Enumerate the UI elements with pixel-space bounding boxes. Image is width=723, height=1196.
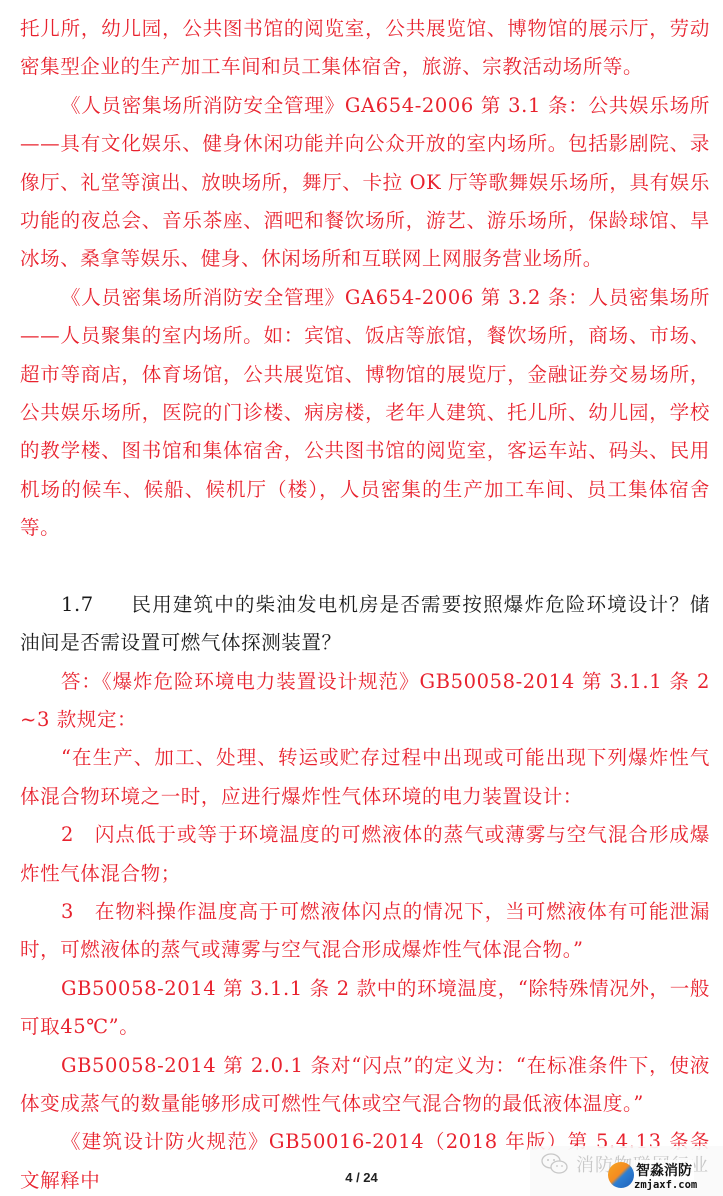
paragraph-ga654-3-1: 《人员密集场所消防安全管理》GA654-2006 第 3.1 条：公共娱乐场所—… (20, 87, 710, 279)
clause-3: 3 在物料操作温度高于可燃液体闪点的情况下，当可燃液体有可能泄漏时，可燃液体的蒸… (20, 893, 710, 970)
clause-2: 2 闪点低于或等于环境温度的可燃液体的蒸气或薄雾与空气混合形成爆炸性气体混合物； (20, 816, 710, 893)
question-1-7: 1.7民用建筑中的柴油发电机房是否需要按照爆炸危险环境设计？储油间是否需设置可燃… (20, 586, 710, 663)
question-number: 1.7 (61, 586, 131, 624)
ambient-temperature-note: GB50058-2014 第 3.1.1 条 2 款中的环境温度，“除特殊情况外… (20, 970, 710, 1047)
watermark: 消防物联网行业 智淼消防 zmjaxf.com (530, 1146, 723, 1196)
section-spacer (20, 548, 710, 586)
flash-point-definition: GB50058-2014 第 2.0.1 条对“闪点”的定义为：“在标准条件下，… (20, 1047, 710, 1124)
watermark-brand-name: 智淼消防 (634, 1160, 694, 1180)
quote-intro: “在生产、加工、处理、转运或贮存过程中出现或可能出现下列爆炸性气体混合物环境之一… (20, 739, 710, 816)
paragraph-ga654-3-2: 《人员密集场所消防安全管理》GA654-2006 第 3.2 条：人员密集场所—… (20, 279, 710, 548)
brand-logo-icon (608, 1162, 634, 1188)
answer-intro: 答：《爆炸危险环境电力装置设计规范》GB50058-2014 第 3.1.1 条… (20, 663, 710, 740)
paragraph-continuation: 托儿所，幼儿园，公共图书馆的阅览室，公共展览馆、博物馆的展示厅，劳动密集型企业的… (20, 10, 710, 87)
wechat-icon (540, 1152, 570, 1176)
watermark-brand-url: zmjaxf.com (634, 1179, 697, 1191)
document-page: 托儿所，幼儿园，公共图书馆的阅览室，公共展览馆、博物馆的展示厅，劳动密集型企业的… (20, 10, 710, 1196)
